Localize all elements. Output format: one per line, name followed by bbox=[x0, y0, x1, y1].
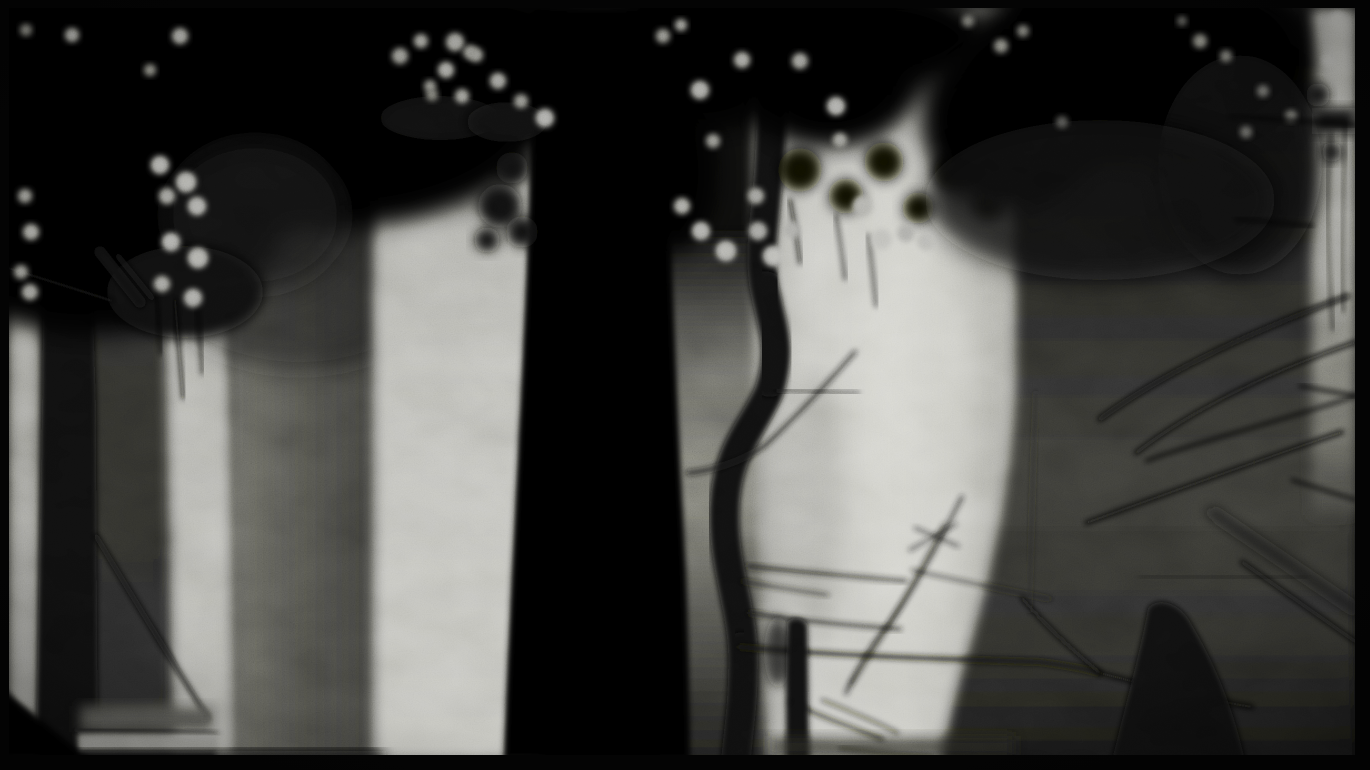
forest-photo-svg bbox=[0, 0, 1370, 770]
photo-layers bbox=[0, 0, 1370, 770]
forest-photo: Grainy black-and-white film still of a f… bbox=[0, 0, 1370, 770]
vignette bbox=[0, 0, 1370, 770]
photo-stage: Grainy black-and-white film still of a f… bbox=[0, 0, 1370, 770]
